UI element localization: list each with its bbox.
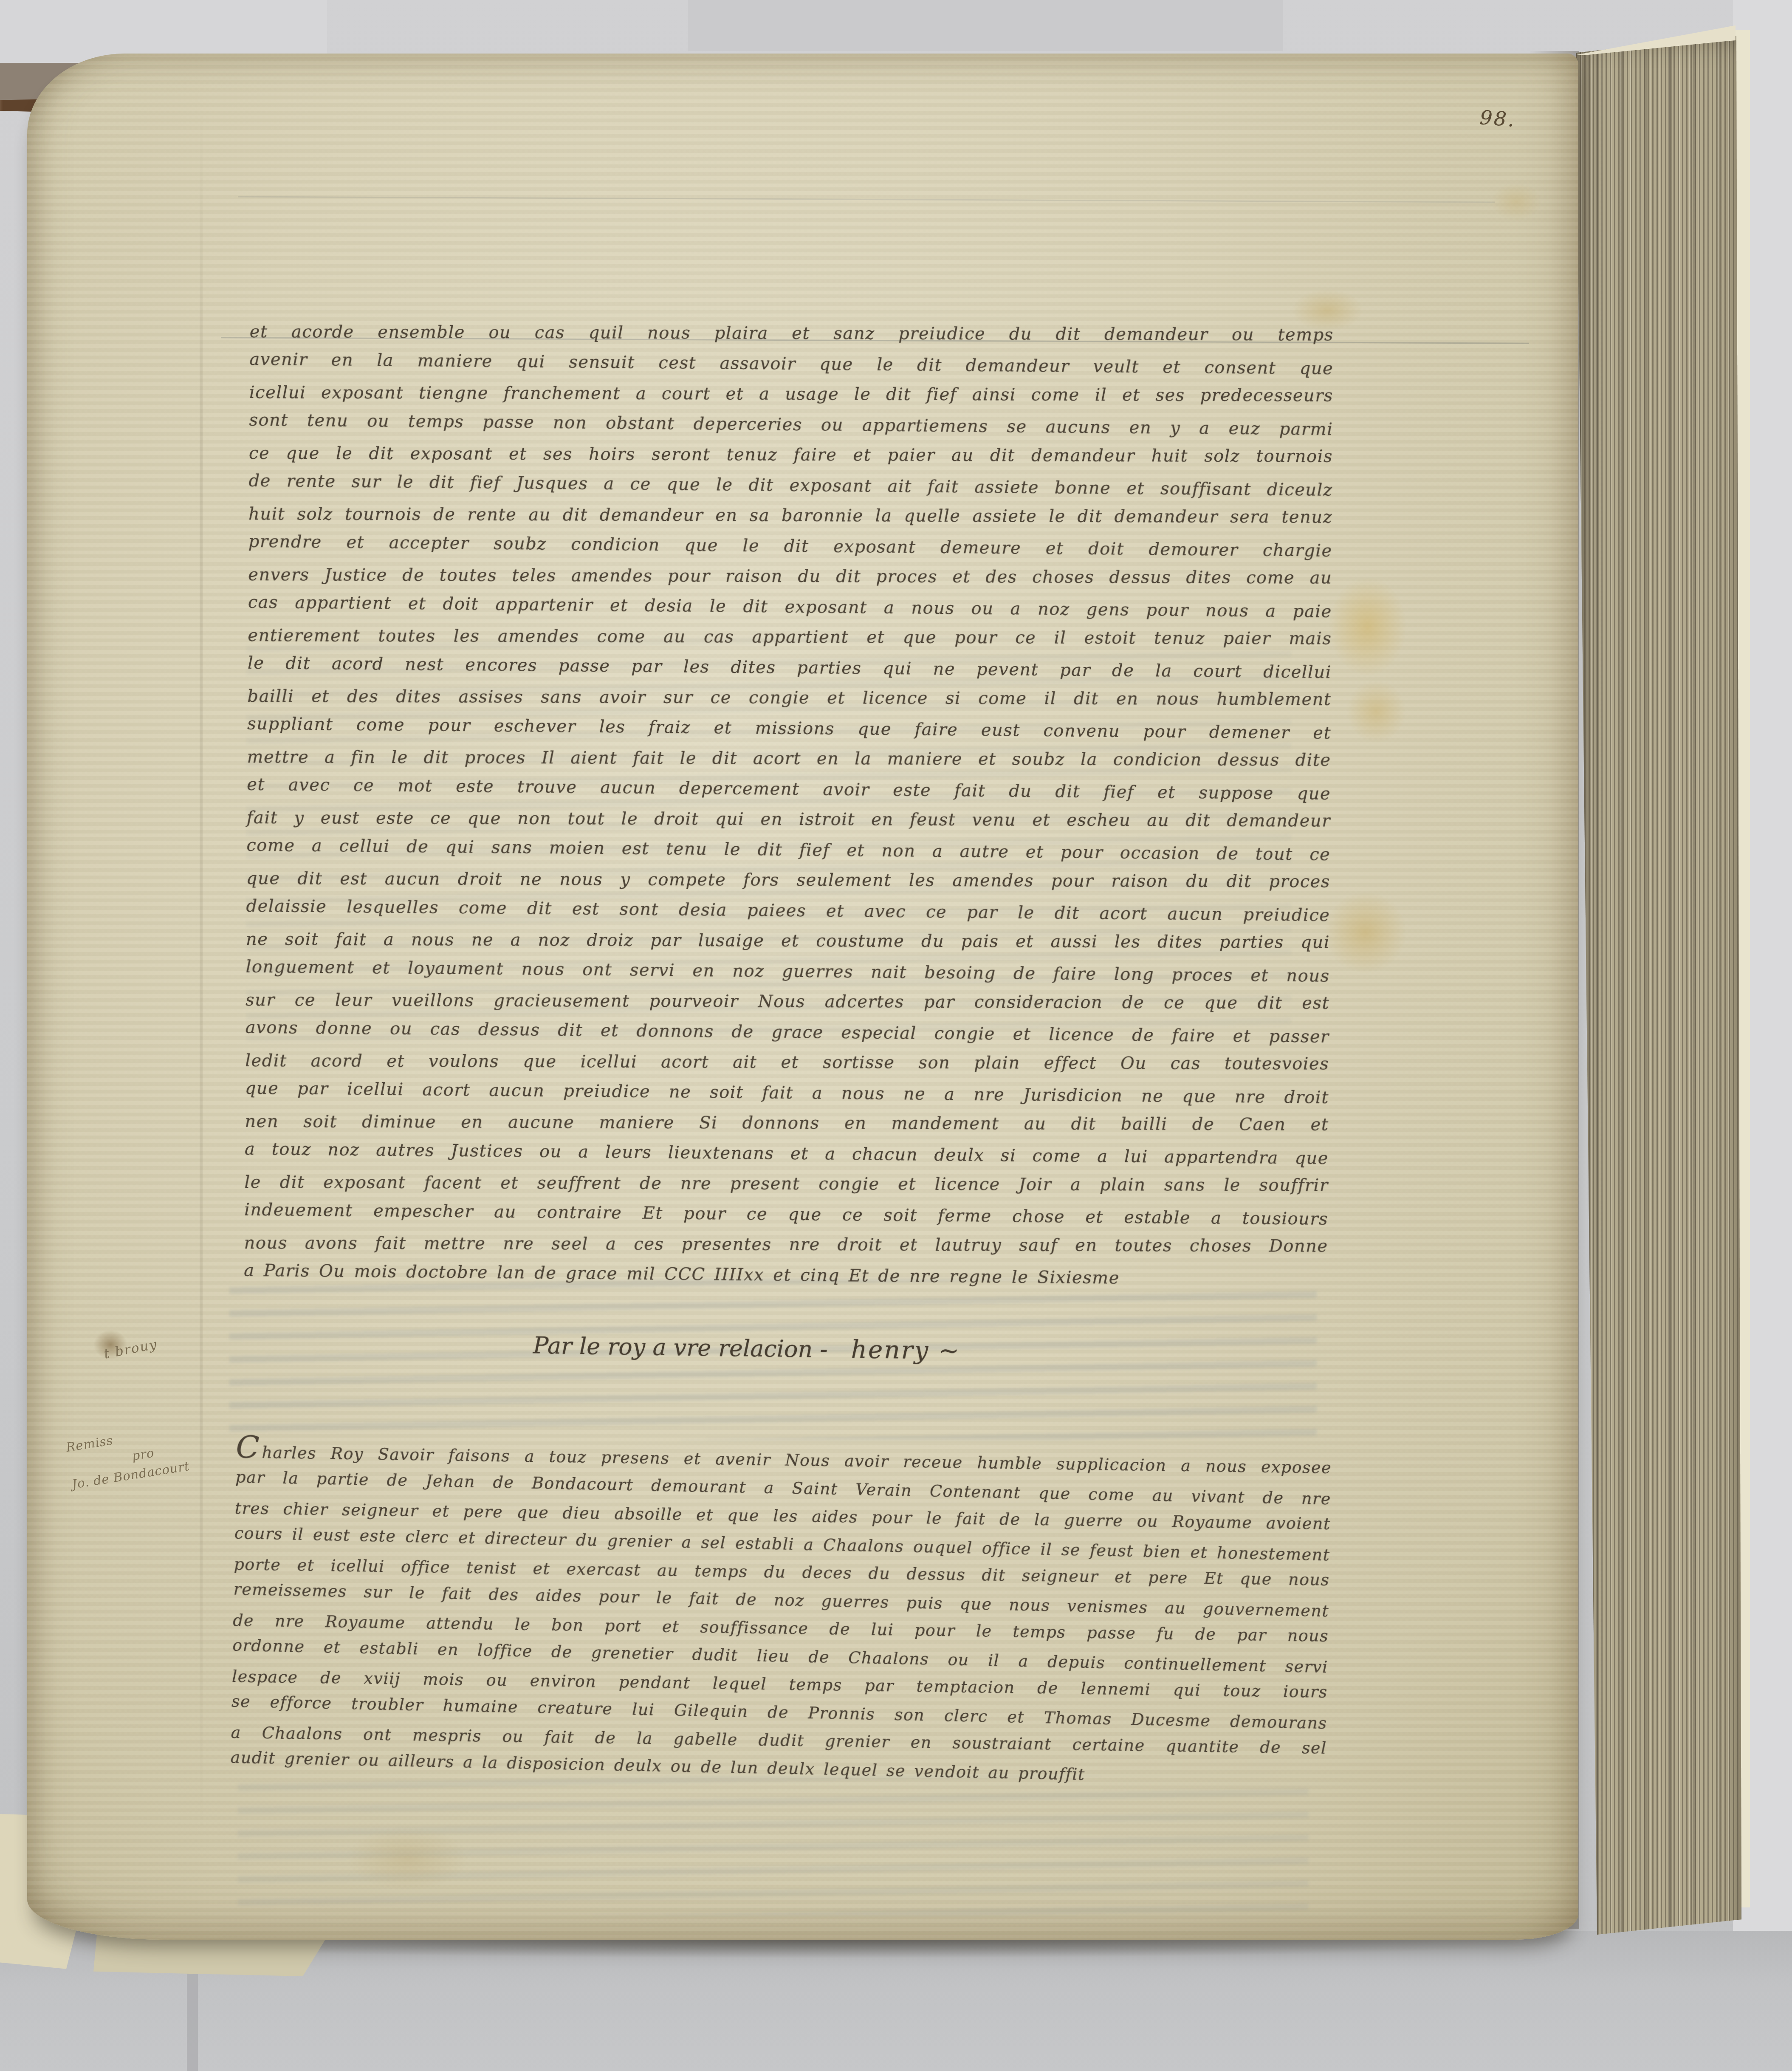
- ruled-guide-line-2: [238, 196, 1495, 203]
- fore-edge-page-stack: [1572, 36, 1741, 1935]
- heading-text: Par le roy a vre relacion -: [533, 1332, 828, 1363]
- manuscript-paragraph-2: Charles Roy Savoir faisons a touz presen…: [230, 1435, 1332, 1792]
- parchment-stain: [1491, 183, 1542, 221]
- parchment-stain: [348, 1827, 467, 1890]
- manuscript-paragraph-1: et acorde ensemble ou cas quil nous plai…: [244, 315, 1334, 1294]
- margin-registration-note: Remiss pro Jo. de Bondacourt: [65, 1410, 249, 1494]
- parchment-stain: [1325, 892, 1406, 973]
- manuscript-page: 98. et acorde ensemble ou cas quil nous …: [27, 54, 1578, 1940]
- parchment-stain: [1329, 578, 1406, 675]
- clerk-signature: henry ~: [851, 1335, 960, 1365]
- folio-number: 98.: [1479, 106, 1517, 131]
- background-top-card-dark: [688, 0, 1283, 51]
- parchment-crease: [200, 110, 203, 1835]
- parchment-stain: [1346, 680, 1406, 743]
